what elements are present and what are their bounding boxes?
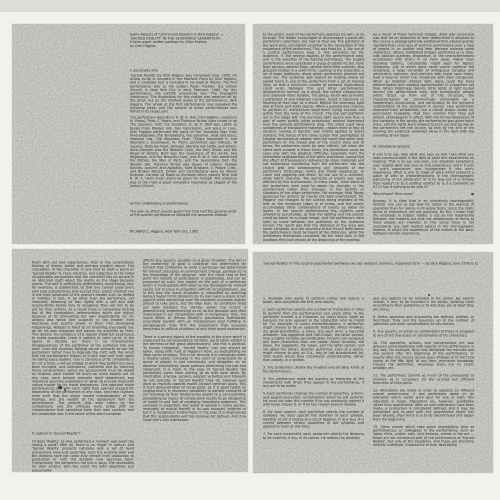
score-item-5: 5. Each performer chooses the number of … [263, 392, 364, 406]
section-2-label: on the undertaking of performance [130, 202, 188, 206]
scan-edge-band [0, 0, 500, 12]
page-2-right-para-b: Who knows? Who cares? [373, 193, 474, 197]
page-3: them with out bad experiences, than in t… [12, 249, 248, 472]
scanned-document: Some Aspects of Control and Idealism in … [0, 0, 500, 500]
page-1-paragraph-1: 'Sacred Reality' by Dick Higgins was com… [130, 74, 237, 114]
score-item-12: 12. Alterations are made in order to equ… [373, 389, 474, 421]
page-2-right-para-a: If one is to say, take what one sees as … [373, 153, 474, 189]
page-3-right-para-2: There is a second aspect of the morality… [143, 336, 246, 422]
score-item-8: 8. Entire speeches and arguments are def… [373, 315, 474, 326]
score-item-10: 10. The speeches, actions, and conversat… [373, 341, 474, 370]
page-3-left-bottom: Of does 'Reality' as was performed a mom… [32, 440, 134, 472]
score-item-11: 11. The performers commit as much of the… [373, 374, 474, 385]
ink-speck [64, 390, 66, 392]
score-item-1: 1. Anybody who wants to perform comes an… [263, 297, 364, 304]
page-4: 'Sacred Reality' in The second experient… [253, 252, 493, 473]
signature-line: RICHARD C. Higgins, New York City, 1965. [130, 230, 199, 234]
score-item-13: 13. Other events which take place immedi… [373, 425, 474, 447]
score-item-7: 7. For each movement, each performer sel… [263, 433, 364, 440]
ink-speck [428, 294, 430, 296]
page-3-right-para-1: affects any aspects, possibly on a given… [143, 259, 246, 331]
page-3-left-column: them with out bad experiences, than in t… [32, 261, 134, 416]
page-1: Some Aspects of Control and Idealism in … [12, 24, 245, 244]
page-2-right-column-top: As a result of these technical images, w… [373, 33, 474, 137]
section-1-label: I: personally only [130, 69, 158, 73]
score-item-3: 3. The performers choose the duration an… [263, 366, 364, 373]
section-2b-label: II: realism in 'Sacred Reality'? [32, 432, 81, 436]
score-item-7-continued: and any objects to be included in his ac… [373, 297, 474, 311]
score-item-4: 4. The performers make the scenery or ma… [263, 377, 364, 388]
score-title-line: 'Sacred Reality' in The second experient… [263, 262, 478, 266]
page-1-paragraph-2: The performers were Byrd, R. W. K. Hall,… [130, 116, 237, 188]
page-2-right-para-c: Anyway, it is clear that in an inventive… [373, 200, 474, 236]
ink-speck [471, 193, 474, 195]
score-item-9: 9. Any speech, or action or combination … [373, 330, 474, 337]
essay-byline: by Dick Higgins [130, 44, 238, 48]
page-1-paragraph-3: The plan to affect events apart from tha… [130, 210, 237, 217]
page-2-left-column: to the actors. Each of the performers se… [263, 33, 364, 242]
section-3-label: III: ideological aspects [373, 145, 410, 149]
score-item-2: 2. Each performer selects any number of … [263, 308, 364, 362]
score-item-6: 6. For each speech, each performer selec… [263, 411, 364, 429]
page-2: to the actors. Each of the performers se… [253, 24, 493, 244]
ink-blot [58, 386, 63, 389]
